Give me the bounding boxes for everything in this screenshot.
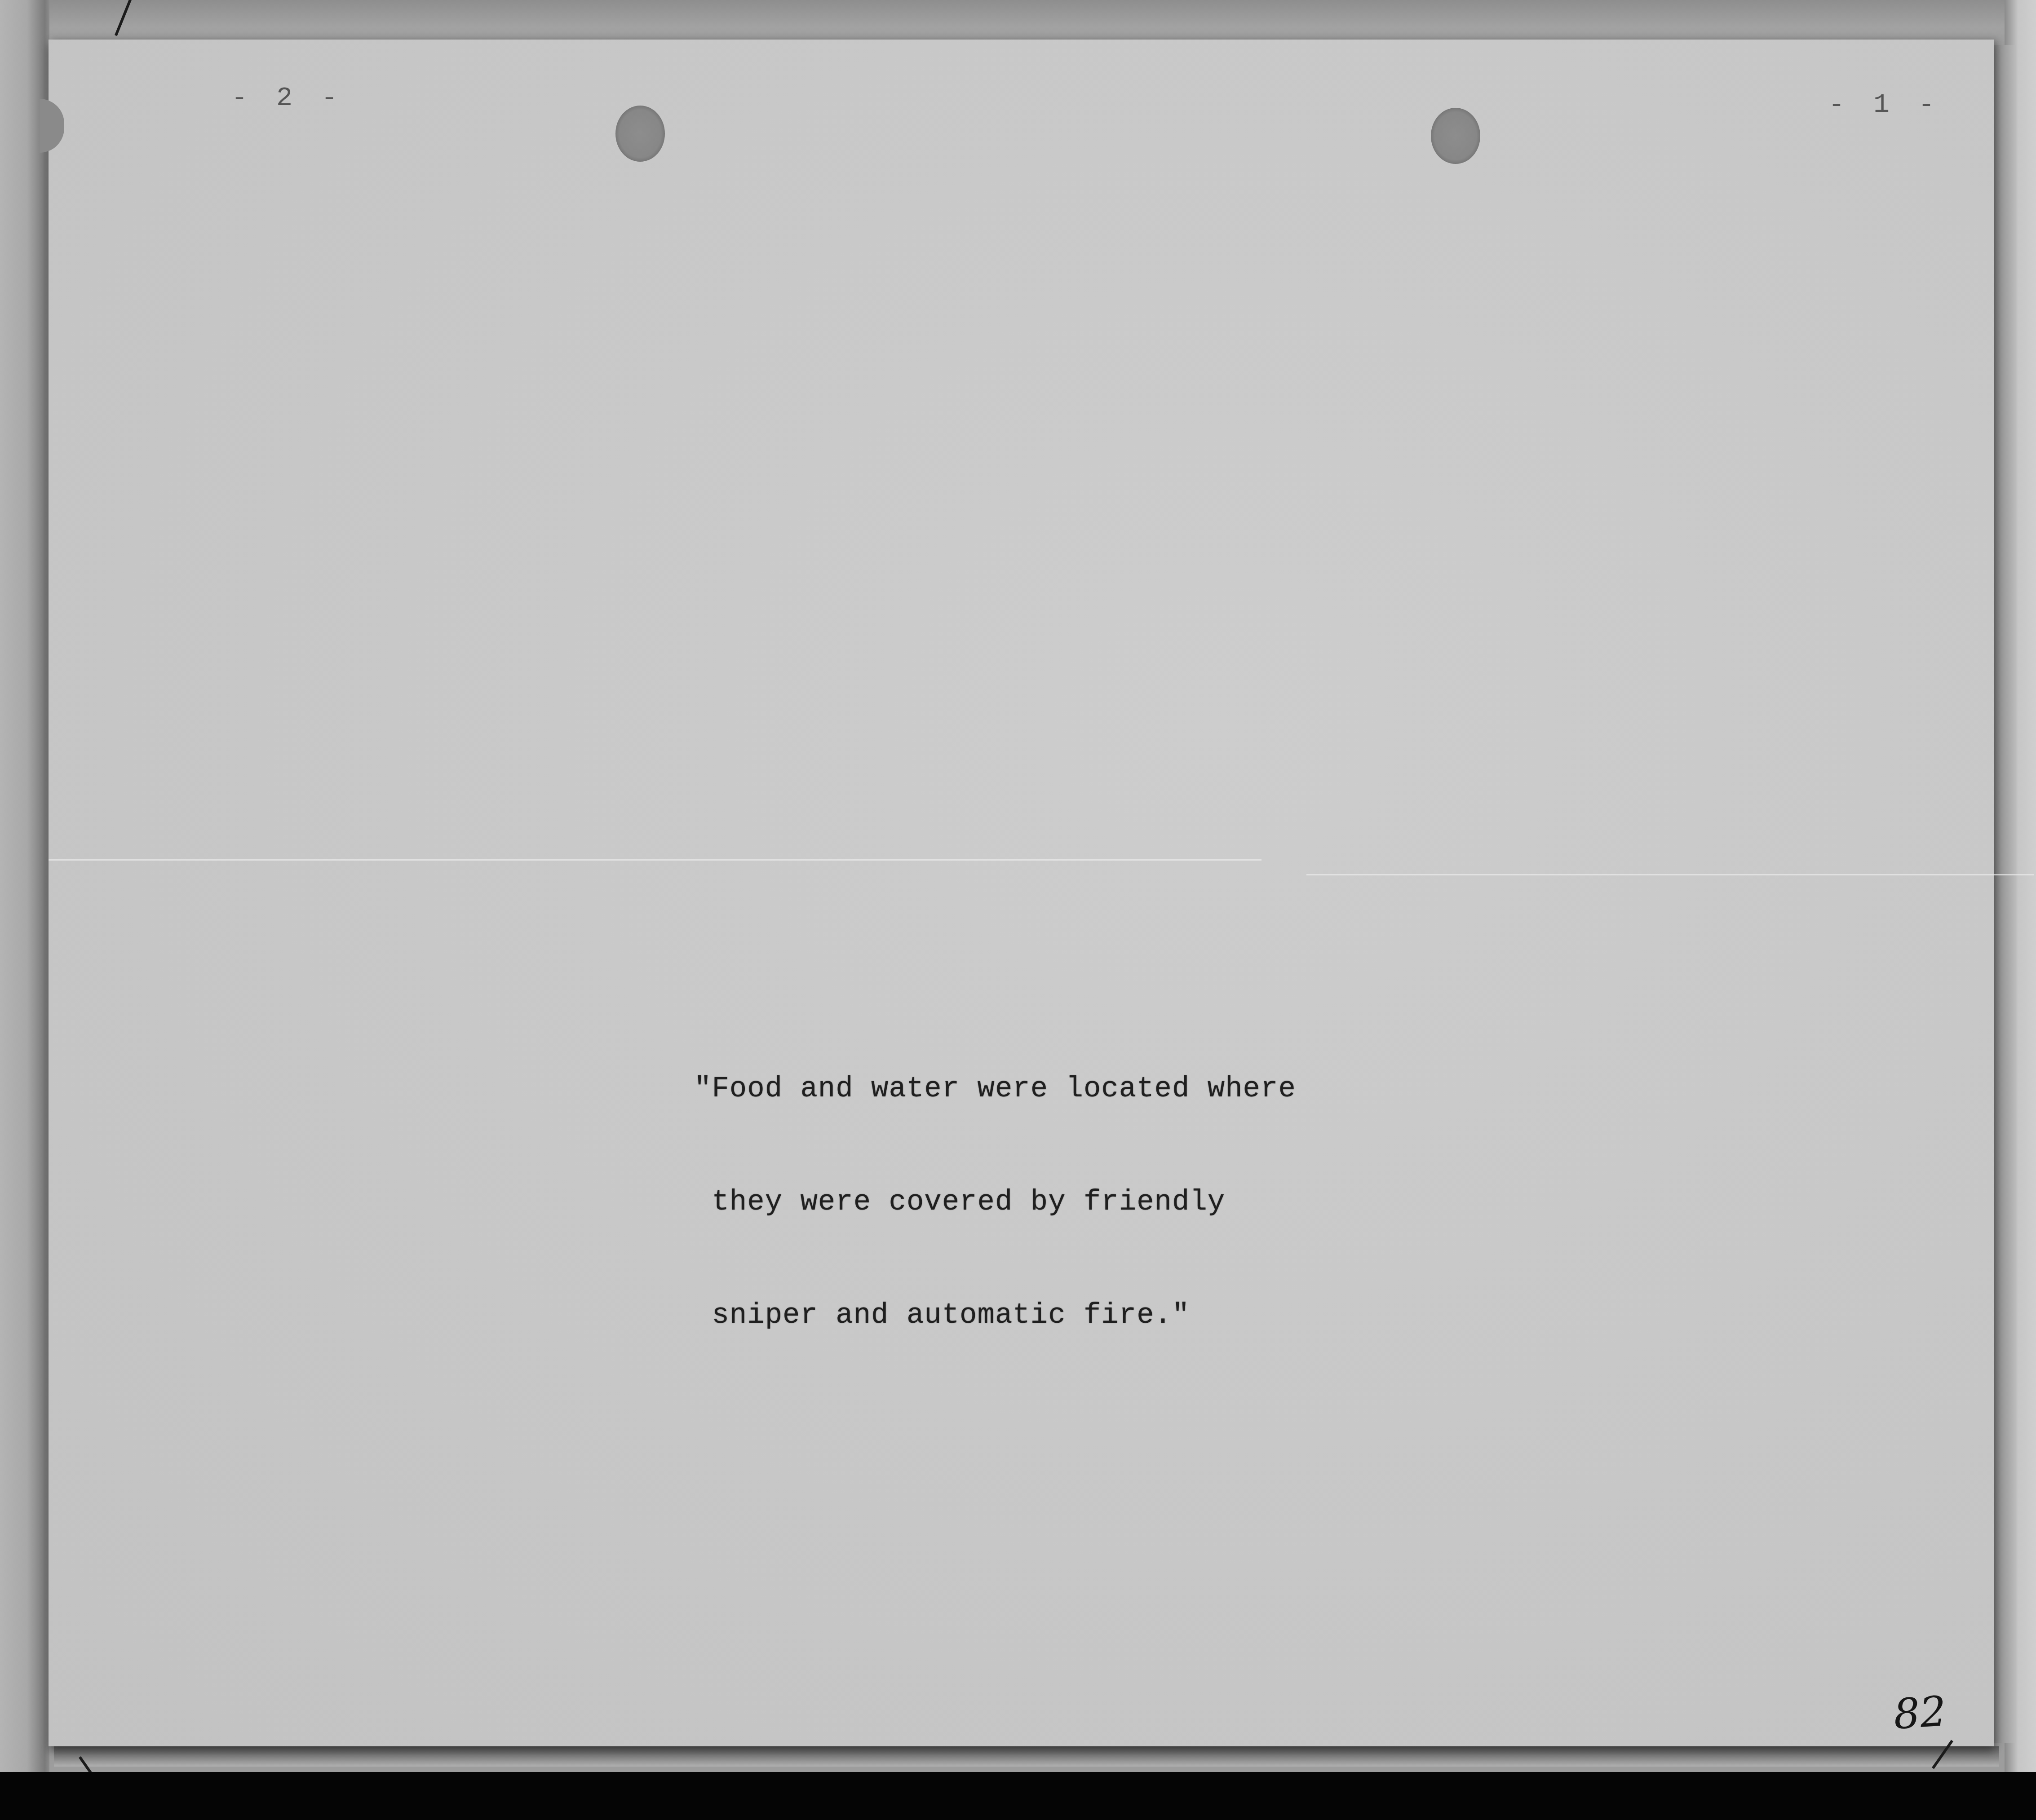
quote-line: "Food and water were located where [694,1070,1296,1108]
sheet-shadow-right [1994,45,2016,1743]
page-marker-top-right: - 1 - [1828,90,1941,120]
document-sheet [49,40,1994,1746]
scan-backdrop-left-edge [0,0,49,1772]
typed-quote: "Food and water were located where they … [694,995,1296,1372]
fold-line [1306,874,2034,875]
punch-hole-icon [1431,108,1480,164]
sheet-shadow-bottom [54,1746,1999,1767]
scan-bottom-border [0,1772,2036,1820]
quote-line: they were covered by friendly [694,1184,1296,1221]
handwritten-page-number: 82 [1892,1687,1947,1739]
fold-line [49,859,1261,861]
page-marker-top-left: - 2 - [231,83,344,114]
quote-line: sniper and automatic fire." [694,1297,1296,1334]
punch-hole-icon [615,106,665,162]
